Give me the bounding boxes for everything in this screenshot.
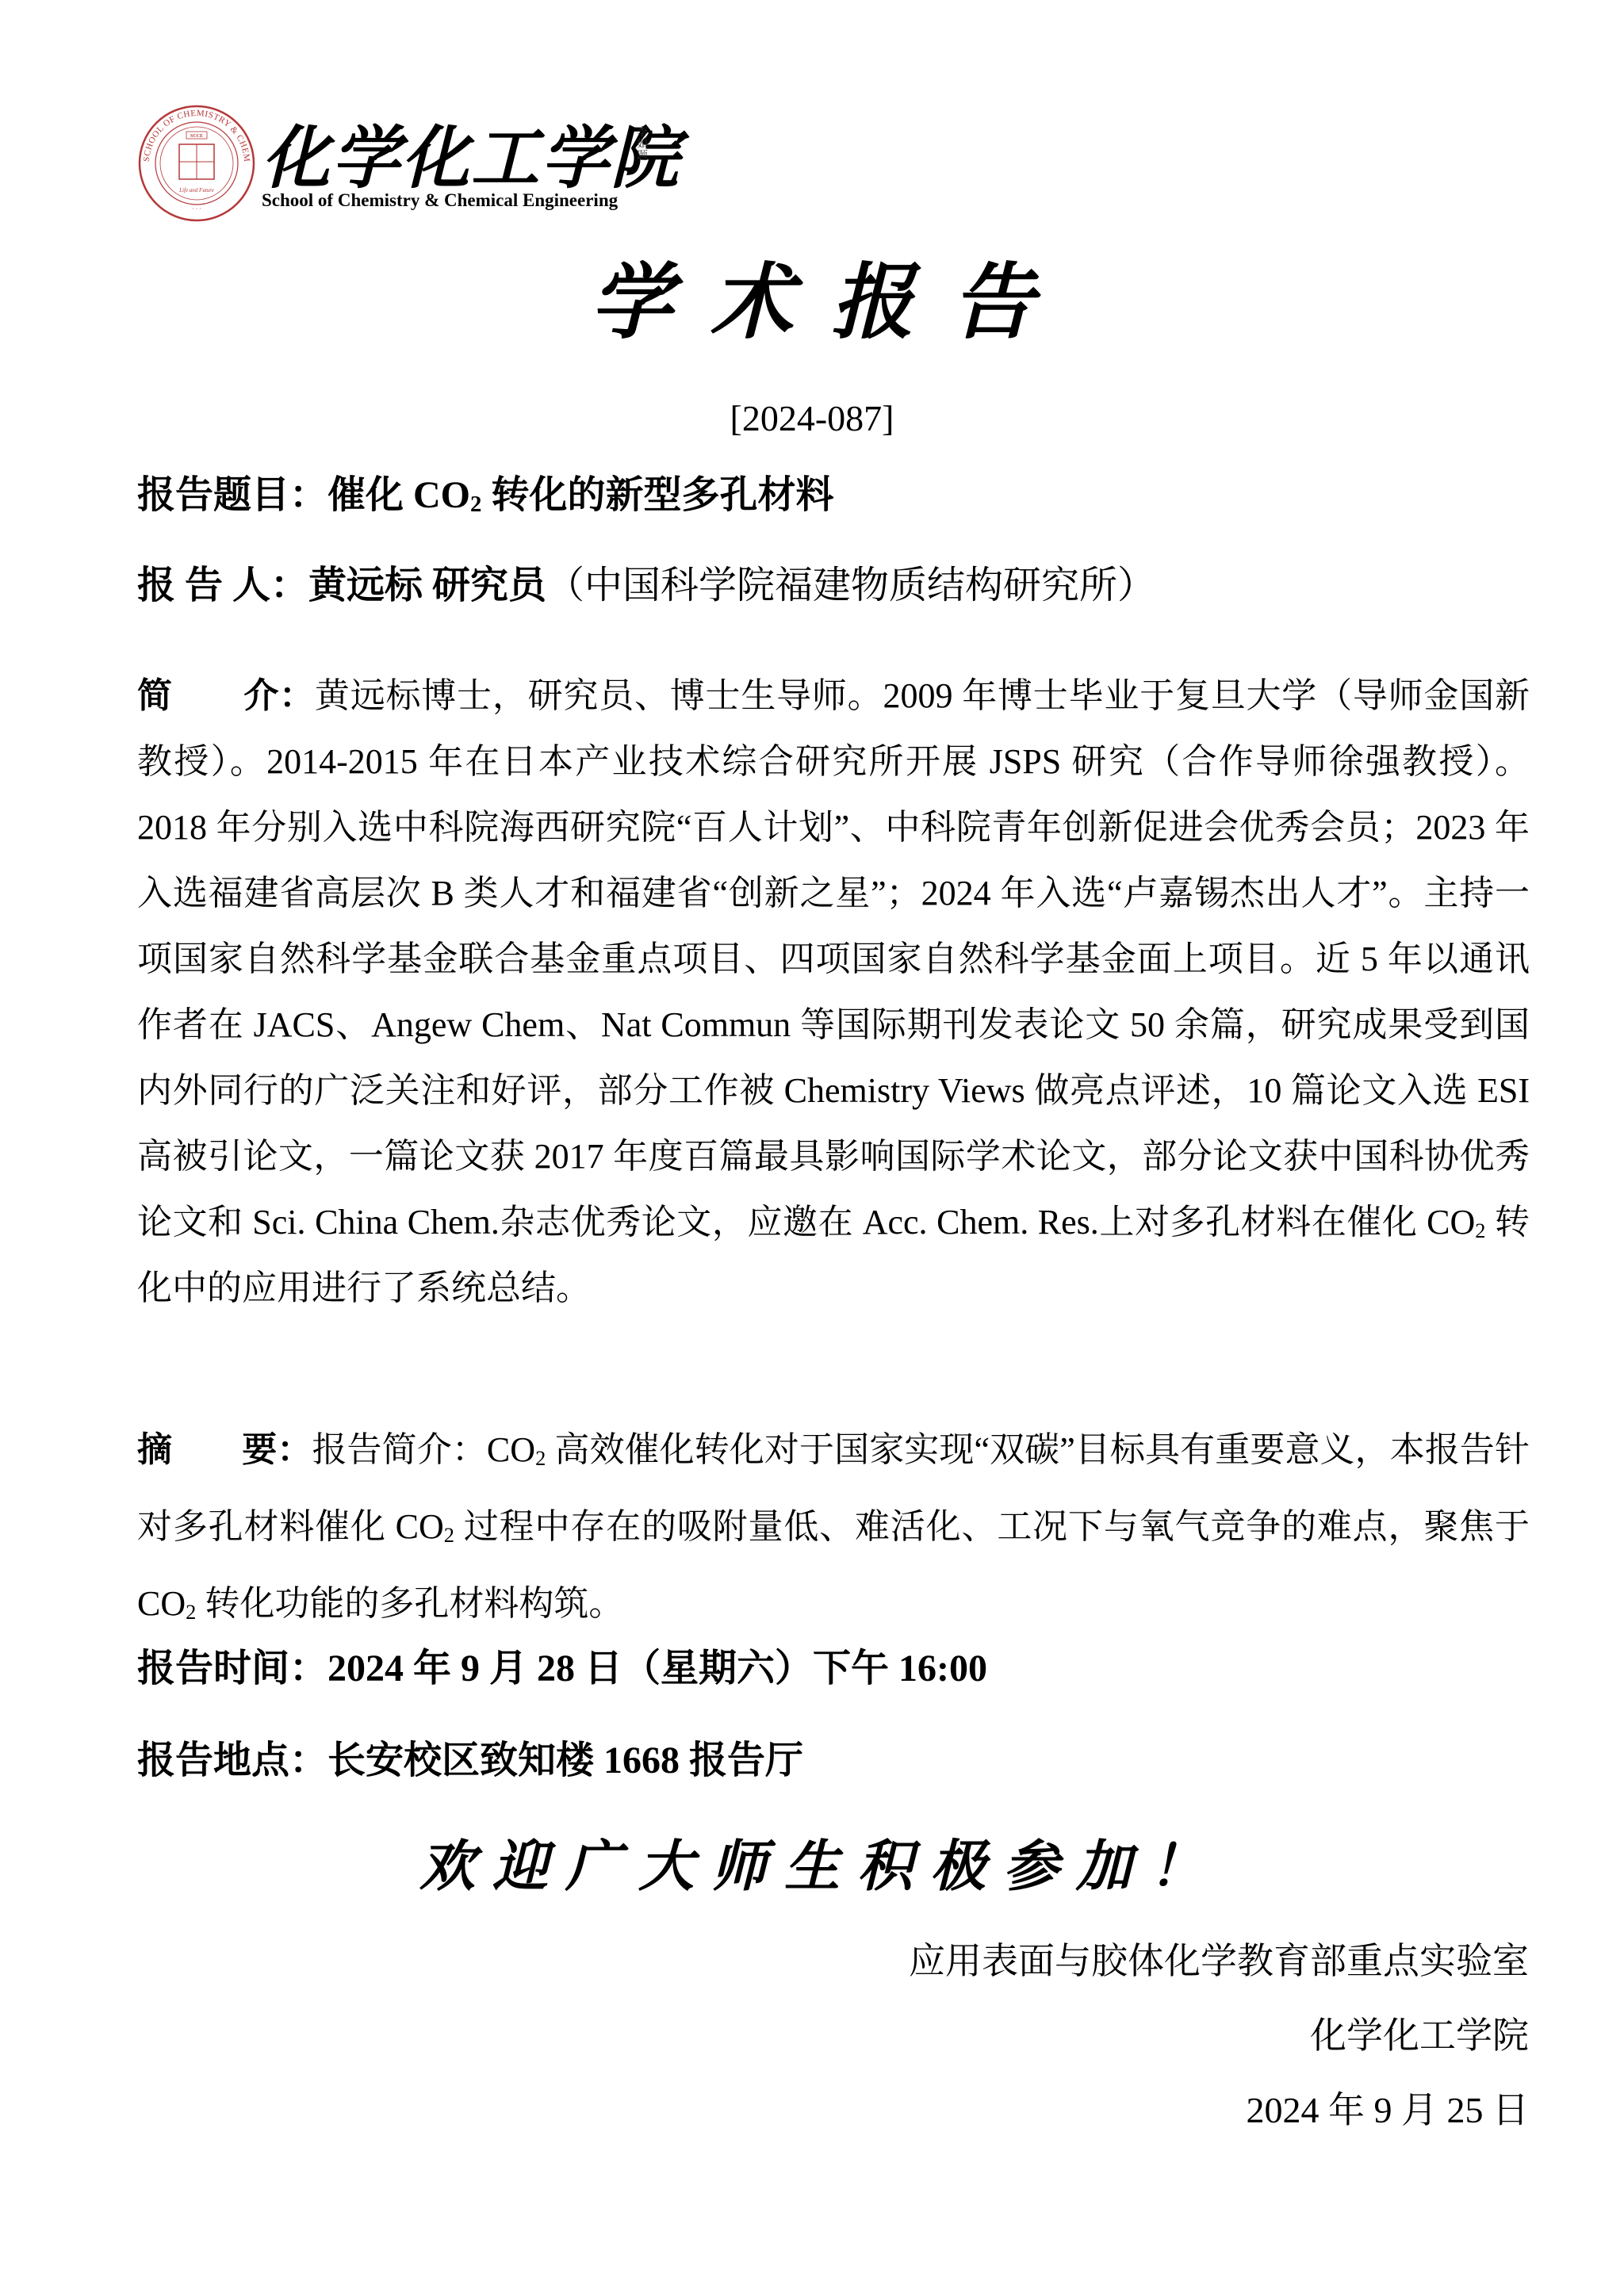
report-time: 报告时间：2024 年 9 月 28 日（星期六）下午 16:00 — [137, 1644, 1533, 1693]
svg-text:· · ·: · · · — [192, 205, 201, 212]
signature-school: 化学化工学院 — [1310, 2012, 1529, 2060]
topic-text-after: 转化的新型多孔材料 — [481, 474, 833, 516]
topic-label: 报告题目： — [137, 474, 327, 516]
report-speaker: 报 告 人：黄远标 研究员（中国科学院福建物质结构研究所） — [137, 561, 1533, 610]
signature-date: 2024 年 9 月 25 日 — [1247, 2087, 1530, 2134]
report-topic: 报告题目：催化 CO2 转化的新型多孔材料 — [137, 471, 1533, 520]
speaker-label: 报 告 人： — [137, 564, 308, 607]
abstract-text-1: 报告简介：CO — [312, 1430, 535, 1469]
venue-label: 报告地点： — [137, 1739, 327, 1781]
time-label: 报告时间： — [137, 1647, 327, 1689]
school-name-calligraphy: 化学化工学院 — [262, 119, 680, 198]
speaker-affiliation: （中国科学院福建物质结构研究所） — [546, 564, 1155, 607]
calligrapher-signature: 李如题 — [637, 127, 649, 163]
speaker-name: 黄远标 研究员 — [308, 564, 546, 607]
abstract-label: 摘 要： — [137, 1430, 312, 1469]
bio-text-1: 黄远标博士，研究员、博士生导师。2009 年博士毕业于复旦大学（导师金国新教授）… — [137, 676, 1530, 1242]
report-abstract: 摘 要：报告简介：CO2 高效催化转化对于国家实现“双碳”目标具有重要意义，本报… — [137, 1411, 1530, 1642]
bio-label: 简 介： — [137, 676, 315, 715]
abstract-subscript-1: 2 — [535, 1446, 546, 1470]
school-seal-logo: SCHOOL OF CHEMISTRY & CHEMICAL ENGINEERI… — [136, 103, 257, 224]
topic-text-before: 催化 CO — [327, 474, 470, 516]
abstract-subscript-2: 2 — [444, 1523, 454, 1547]
signature-lab: 应用表面与胶体化学教育部重点实验室 — [909, 1938, 1529, 1985]
svg-text:SCCE: SCCE — [190, 134, 203, 139]
welcome-message: 欢迎广大师生积极参加！ — [0, 1830, 1624, 1906]
venue-value: 长安校区致知楼 1668 报告厅 — [327, 1739, 803, 1781]
topic-subscript: 2 — [470, 492, 481, 517]
time-value: 2024 年 9 月 28 日（星期六）下午 16:00 — [327, 1647, 987, 1689]
document-title: 学术报告 — [0, 252, 1624, 355]
svg-text:Life and Future: Life and Future — [178, 187, 214, 193]
speaker-bio: 简 介：黄远标博士，研究员、博士生导师。2009 年博士毕业于复旦大学（导师金国… — [137, 663, 1530, 1321]
abstract-subscript-3: 2 — [186, 1600, 196, 1624]
svg-text:SCHOOL OF CHEMISTRY & CHEMICAL: SCHOOL OF CHEMISTRY & CHEMICAL ENGINEERI… — [136, 103, 251, 163]
report-number: [2024-087] — [0, 395, 1624, 442]
bio-subscript: 2 — [1475, 1219, 1485, 1242]
abstract-text-4: 转化功能的多孔材料构筑。 — [196, 1584, 623, 1623]
report-venue: 报告地点：长安校区致知楼 1668 报告厅 — [137, 1736, 1533, 1785]
school-name-english: School of Chemistry & Chemical Engineeri… — [262, 190, 618, 211]
